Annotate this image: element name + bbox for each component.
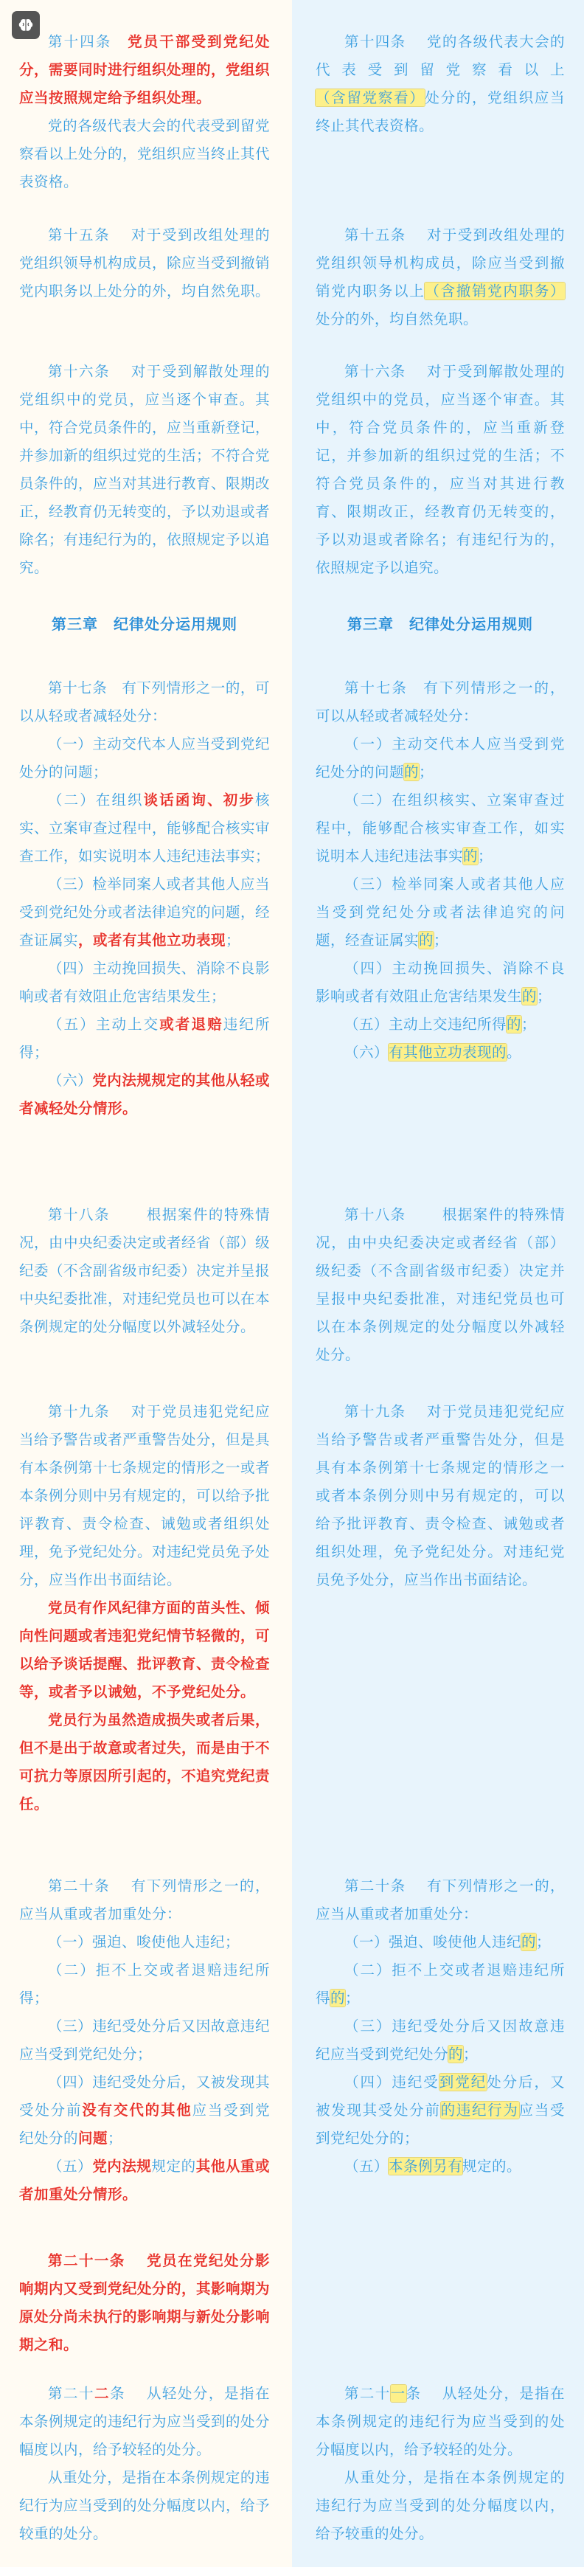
article-19-paragraph-2: 党员有作风纪律方面的苗头性、倾向性问题或者违犯党纪情节轻微的，可以给予谈话提醒、…	[19, 1594, 270, 1706]
article-20-item-5: （五）本条例另有规定的。	[316, 2153, 565, 2181]
text-segment: ；	[434, 932, 448, 949]
removed-text-highlight: 有其他立功表现的	[389, 1044, 507, 1061]
article-17: 第十七条 有下列情形之一的，可以从轻或者减轻处分：	[316, 674, 565, 730]
article-17: 第十七条 有下列情形之一的，可以从轻或者减轻处分：	[19, 674, 270, 730]
text-segment: （一）主动交代本人应当受到党纪处分的问题；	[19, 735, 270, 780]
article-17-item-4: （四）主动挽回损失、消除不良影响或者有效阻止危害结果发生的；	[316, 955, 565, 1011]
text-segment: ；	[226, 932, 240, 949]
text-segment: 第十四条 党的各级代表大会的代表受到留党察看以上	[316, 33, 565, 78]
article-20: 第二十条 有下列情形之一的，应当从重或者加重处分：	[19, 1872, 270, 1928]
text-segment: （三）违纪受处分后又因故意违纪应当受到党纪处分；	[19, 2018, 270, 2063]
text-segment: ；	[537, 988, 552, 1005]
chapter-title: 第三章 纪律处分运用规则	[316, 612, 565, 634]
text-segment: 。	[507, 1044, 521, 1061]
article-20: 第二十条 有下列情形之一的，应当从重或者加重处分：	[316, 1872, 565, 1928]
article-21: 第二十一条 党员在党纪处分影响期内又受到党纪处分的，其影响期为原处分尚未执行的影…	[19, 2247, 270, 2359]
text-segment: （六）	[344, 1044, 389, 1061]
article-16: 第十六条 对于受到解散处理的党组织中的党员，应当逐个审查。其中，符合党员条件的，…	[316, 358, 565, 582]
article-19: 第十九条 对于党员违犯党纪应当给予警告或者严重警告处分，但是具有本条例第十七条规…	[19, 1398, 270, 1594]
article-17-item-2: （二）在组织谈话函询、初步核实、立案审查过程中，能够配合核实审查工作，如实说明本…	[19, 786, 270, 870]
text-segment: ；	[463, 2046, 478, 2063]
original-text-column: 第十四条 党的各级代表大会的代表受到留党察看以上（含留党察看）处分的，党组织应当…	[292, 0, 584, 2567]
text-segment: （一）强迫、唆使他人违纪；	[48, 1933, 240, 1950]
removed-text-highlight: （含留党察看）	[316, 89, 425, 106]
text-segment: 规定的。	[462, 2158, 521, 2175]
article-22-paragraph-2: 从重处分，是指在本条例规定的违纪行为应当受到的处分幅度以内，给予较重的处分。	[19, 2464, 270, 2548]
text-segment: 第十九条 对于党员违犯党纪应当给予警告或者严重警告处分，但是具有本条例第十七条规…	[316, 1403, 565, 1588]
text-segment: （五）	[344, 2158, 389, 2175]
text-segment: （四）违纪受	[344, 2074, 439, 2091]
removed-text-highlight: 本条例另有	[389, 2158, 462, 2175]
text-segment: 处分的外，均自然免职。	[316, 311, 478, 328]
text-segment: 第二十条 有下列情形之一的，应当从重或者加重处分：	[316, 1877, 565, 1922]
added-text: 或者退赔	[159, 1016, 223, 1033]
text-segment: ；	[419, 764, 434, 780]
added-text: ，或者有其他立功表现	[78, 932, 226, 949]
article-20-item-3: （三）违纪受处分后又因故意违纪应当受到党纪处分；	[19, 2012, 270, 2068]
text-segment: ；	[536, 1933, 551, 1950]
text-segment: ；	[478, 848, 493, 865]
article-18: 第十八条 根据案件的特殊情况，由中央纪委决定或者经省（部）级纪委（不含副省级市纪…	[316, 1201, 565, 1369]
text-segment: 从重处分，是指在本条例规定的违纪行为应当受到的处分幅度以内，给予较重的处分。	[316, 2469, 565, 2542]
article-14: 第十四条 党员干部受到党纪处分，需要同时进行组织处理的，党组织应当按照规定给予组…	[19, 28, 270, 112]
article-20-item-4: （四）违纪受处分后，又被发现其受处分前没有交代的其他应当受到党纪处分的问题；	[19, 2068, 270, 2153]
article-15: 第十五条 对于受到改组处理的党组织领导机构成员，除应当受到撤销党内职务以上处分的…	[19, 221, 270, 305]
removed-text-highlight: （含撤销党内职务）	[425, 283, 565, 300]
removed-text-highlight: 的	[522, 988, 537, 1005]
brain-icon	[18, 18, 33, 32]
text-segment: （二）拒不上交或者退赔违纪所得；	[19, 1962, 270, 2007]
chapter-title: 第三章 纪律处分运用规则	[19, 612, 270, 634]
text-segment: 第十五条 对于受到改组处理的党组织领导机构成员，除应当受到撤销党内职务以上处分的…	[19, 226, 270, 300]
removed-text-highlight: 的	[419, 932, 434, 949]
text-segment: （二）在组织核实、立案审查过程中，能够配合核实审查工作，如实说明本人违纪违法事实	[316, 792, 565, 865]
article-14: 第十四条 党的各级代表大会的代表受到留党察看以上（含留党察看）处分的，党组织应当…	[316, 28, 565, 140]
text-segment: 第二十条 有下列情形之一的，应当从重或者加重处分：	[19, 1877, 270, 1922]
article-17-item-5: （五）主动上交或者退赔违纪所得；	[19, 1011, 270, 1067]
article-17-item-2: （二）在组织核实、立案审查过程中，能够配合核实审查工作，如实说明本人违纪违法事实…	[316, 786, 565, 870]
article-20-item-1: （一）强迫、唆使他人违纪的；	[316, 1928, 565, 1956]
article-17-item-1: （一）主动交代本人应当受到党纪处分的问题；	[19, 730, 270, 786]
article-15: 第十五条 对于受到改组处理的党组织领导机构成员，除应当受到撤销党内职务以上（含撤…	[316, 221, 565, 333]
removed-text-highlight: 的	[521, 1933, 536, 1950]
removed-text-highlight: 的	[463, 848, 478, 865]
article-19: 第十九条 对于党员违犯党纪应当给予警告或者严重警告处分，但是具有本条例第十七条规…	[316, 1398, 565, 1594]
article-21: 第二十一条 从轻处分，是指在本条例规定的违纪行为应当受到的处分幅度以内，给予较轻…	[316, 2380, 565, 2464]
text-segment: 第二十	[344, 2385, 391, 2402]
article-20-item-1: （一）强迫、唆使他人违纪；	[19, 1928, 270, 1956]
article-19-paragraph-3: 党员行为虽然造成损失或者后果，但不是出于故意或者过失，而是由于不可抗力等原因所引…	[19, 1706, 270, 1818]
text-segment: 第十八条 根据案件的特殊情况，由中央纪委决定或者经省（部）级纪委（不含副省级市纪…	[316, 1206, 565, 1363]
text-segment: （五）主动上交违纪所得	[344, 1016, 507, 1033]
text-segment: （六）	[48, 1072, 92, 1089]
article-17-item-5: （五）主动上交违纪所得的；	[316, 1011, 565, 1039]
text-segment: 党的各级代表大会的代表受到留党察看以上处分的，党组织应当终止其代表资格。	[19, 117, 270, 190]
article-20-item-4: （四）违纪受到党纪处分后，又被发现其受处分前的违纪行为应当受到党纪处分的；	[316, 2068, 565, 2153]
removed-text-highlight: 的	[330, 1990, 345, 2007]
article-17-item-3: （三）检举同案人或者其他人应当受到党纪处分或者法律追究的问题，经查证属实，或者有…	[19, 870, 270, 955]
text-segment: 第十六条 对于受到解散处理的党组织中的党员，应当逐个审查。其中，符合党员条件的，…	[316, 363, 565, 576]
text-segment: 从重处分，是指在本条例规定的违纪行为应当受到的处分幅度以内，给予较重的处分。	[19, 2469, 270, 2542]
article-20-item-2: （二）拒不上交或者退赔违纪所得；	[19, 1956, 270, 2012]
text-segment: 第十六条 对于受到解散处理的党组织中的党员，应当逐个审查。其中，符合党员条件的，…	[19, 363, 270, 576]
added-text: 党员有作风纪律方面的苗头性、倾向性问题或者违犯党纪情节轻微的，可以给予谈话提醒、…	[19, 1599, 270, 1700]
article-16: 第十六条 对于受到解散处理的党组织中的党员，应当逐个审查。其中，符合党员条件的，…	[19, 358, 270, 582]
text-segment: 第十七条 有下列情形之一的，可以从轻或者减轻处分：	[316, 679, 565, 724]
added-text: 谈话函询、初步	[144, 792, 255, 809]
text-segment: （五）主动上交	[48, 1016, 159, 1033]
removed-text-highlight: 的	[448, 2046, 463, 2063]
text-segment: 第十四条	[48, 33, 128, 50]
article-17-item-3: （三）检举同案人或者其他人应当受到党纪处分或者法律追究的问题，经查证属实的；	[316, 870, 565, 955]
article-18: 第十八条 根据案件的特殊情况，由中央纪委决定或者经省（部）级纪委（不含副省级市纪…	[19, 1201, 270, 1341]
added-text: 没有交代的其他	[82, 2102, 192, 2119]
added-text: 党员行为虽然造成损失或者后果，但不是出于故意或者过失，而是由于不可抗力等原因所引…	[19, 1711, 270, 1812]
article-22: 第二十二条 从轻处分，是指在本条例规定的违纪行为应当受到的处分幅度以内，给予较轻…	[19, 2380, 270, 2464]
added-text: 党内法规	[92, 2158, 151, 2175]
article-20-item-3: （三）违纪受处分后又因故意违纪应当受到党纪处分的；	[316, 2012, 565, 2068]
article-17-item-4: （四）主动挽回损失、消除不良影响或者有效阻止危害结果发生；	[19, 955, 270, 1011]
article-20-item-2: （二）拒不上交或者退赔违纪所得的；	[316, 1956, 565, 2012]
article-14-paragraph-2: 党的各级代表大会的代表受到留党察看以上处分的，党组织应当终止其代表资格。	[19, 112, 270, 196]
removed-text-highlight: 的	[404, 764, 419, 780]
article-21-paragraph-2: 从重处分，是指在本条例规定的违纪行为应当受到的处分幅度以内，给予较重的处分。	[316, 2464, 565, 2548]
removed-text-highlight: 到党纪	[439, 2074, 487, 2091]
removed-text-highlight: 的违纪行为	[441, 2102, 519, 2119]
text-segment: （五）	[48, 2158, 92, 2175]
text-segment: （三）违纪受处分后又因故意违纪应当受到党纪处分	[316, 2018, 565, 2063]
text-segment: （二）在组织	[48, 792, 144, 809]
text-segment: 第二十	[48, 2385, 94, 2402]
text-segment: ；	[108, 2130, 122, 2147]
text-segment: 规定的	[151, 2158, 195, 2175]
article-17-item-6: （六）有其他立功表现的。	[316, 1039, 565, 1067]
brain-icon-button[interactable]	[12, 11, 40, 39]
text-segment: ；	[345, 1990, 360, 2007]
article-20-item-5: （五）党内法规规定的其他从重或者加重处分情形。	[19, 2153, 270, 2209]
text-segment: （四）主动挽回损失、消除不良影响或者有效阻止危害结果发生；	[19, 960, 270, 1005]
article-17-item-6: （六）党内法规规定的其他从轻或者减轻处分情形。	[19, 1067, 270, 1123]
added-text: 二	[94, 2385, 110, 2402]
text-segment: 第十七条 有下列情形之一的，可以从轻或者减轻处分：	[19, 679, 270, 724]
text-segment: （一）主动交代本人应当受到党纪处分的问题	[316, 735, 565, 780]
text-segment: 第十九条 对于党员违犯党纪应当给予警告或者严重警告处分，但是具有本条例第十七条规…	[19, 1403, 270, 1588]
text-segment: （一）强迫、唆使他人违纪	[344, 1933, 521, 1950]
comparison-document: 第十四条 党员干部受到党纪处分，需要同时进行组织处理的，党组织应当按照规定给予组…	[0, 0, 584, 2576]
article-17-item-1: （一）主动交代本人应当受到党纪处分的问题的；	[316, 730, 565, 786]
removed-text-highlight: 的	[507, 1016, 521, 1033]
removed-text-highlight: 一	[391, 2385, 406, 2402]
added-text: 第二十一条 党员在党纪处分影响期内又受到党纪处分的，其影响期为原处分尚未执行的影…	[19, 2252, 270, 2353]
revised-text-column: 第十四条 党员干部受到党纪处分，需要同时进行组织处理的，党组织应当按照规定给予组…	[0, 0, 292, 2567]
added-text: 问题	[78, 2130, 108, 2147]
text-segment: ；	[521, 1016, 536, 1033]
text-segment: 第十八条 根据案件的特殊情况，由中央纪委决定或者经省（部）级纪委（不含副省级市纪…	[19, 1206, 270, 1335]
